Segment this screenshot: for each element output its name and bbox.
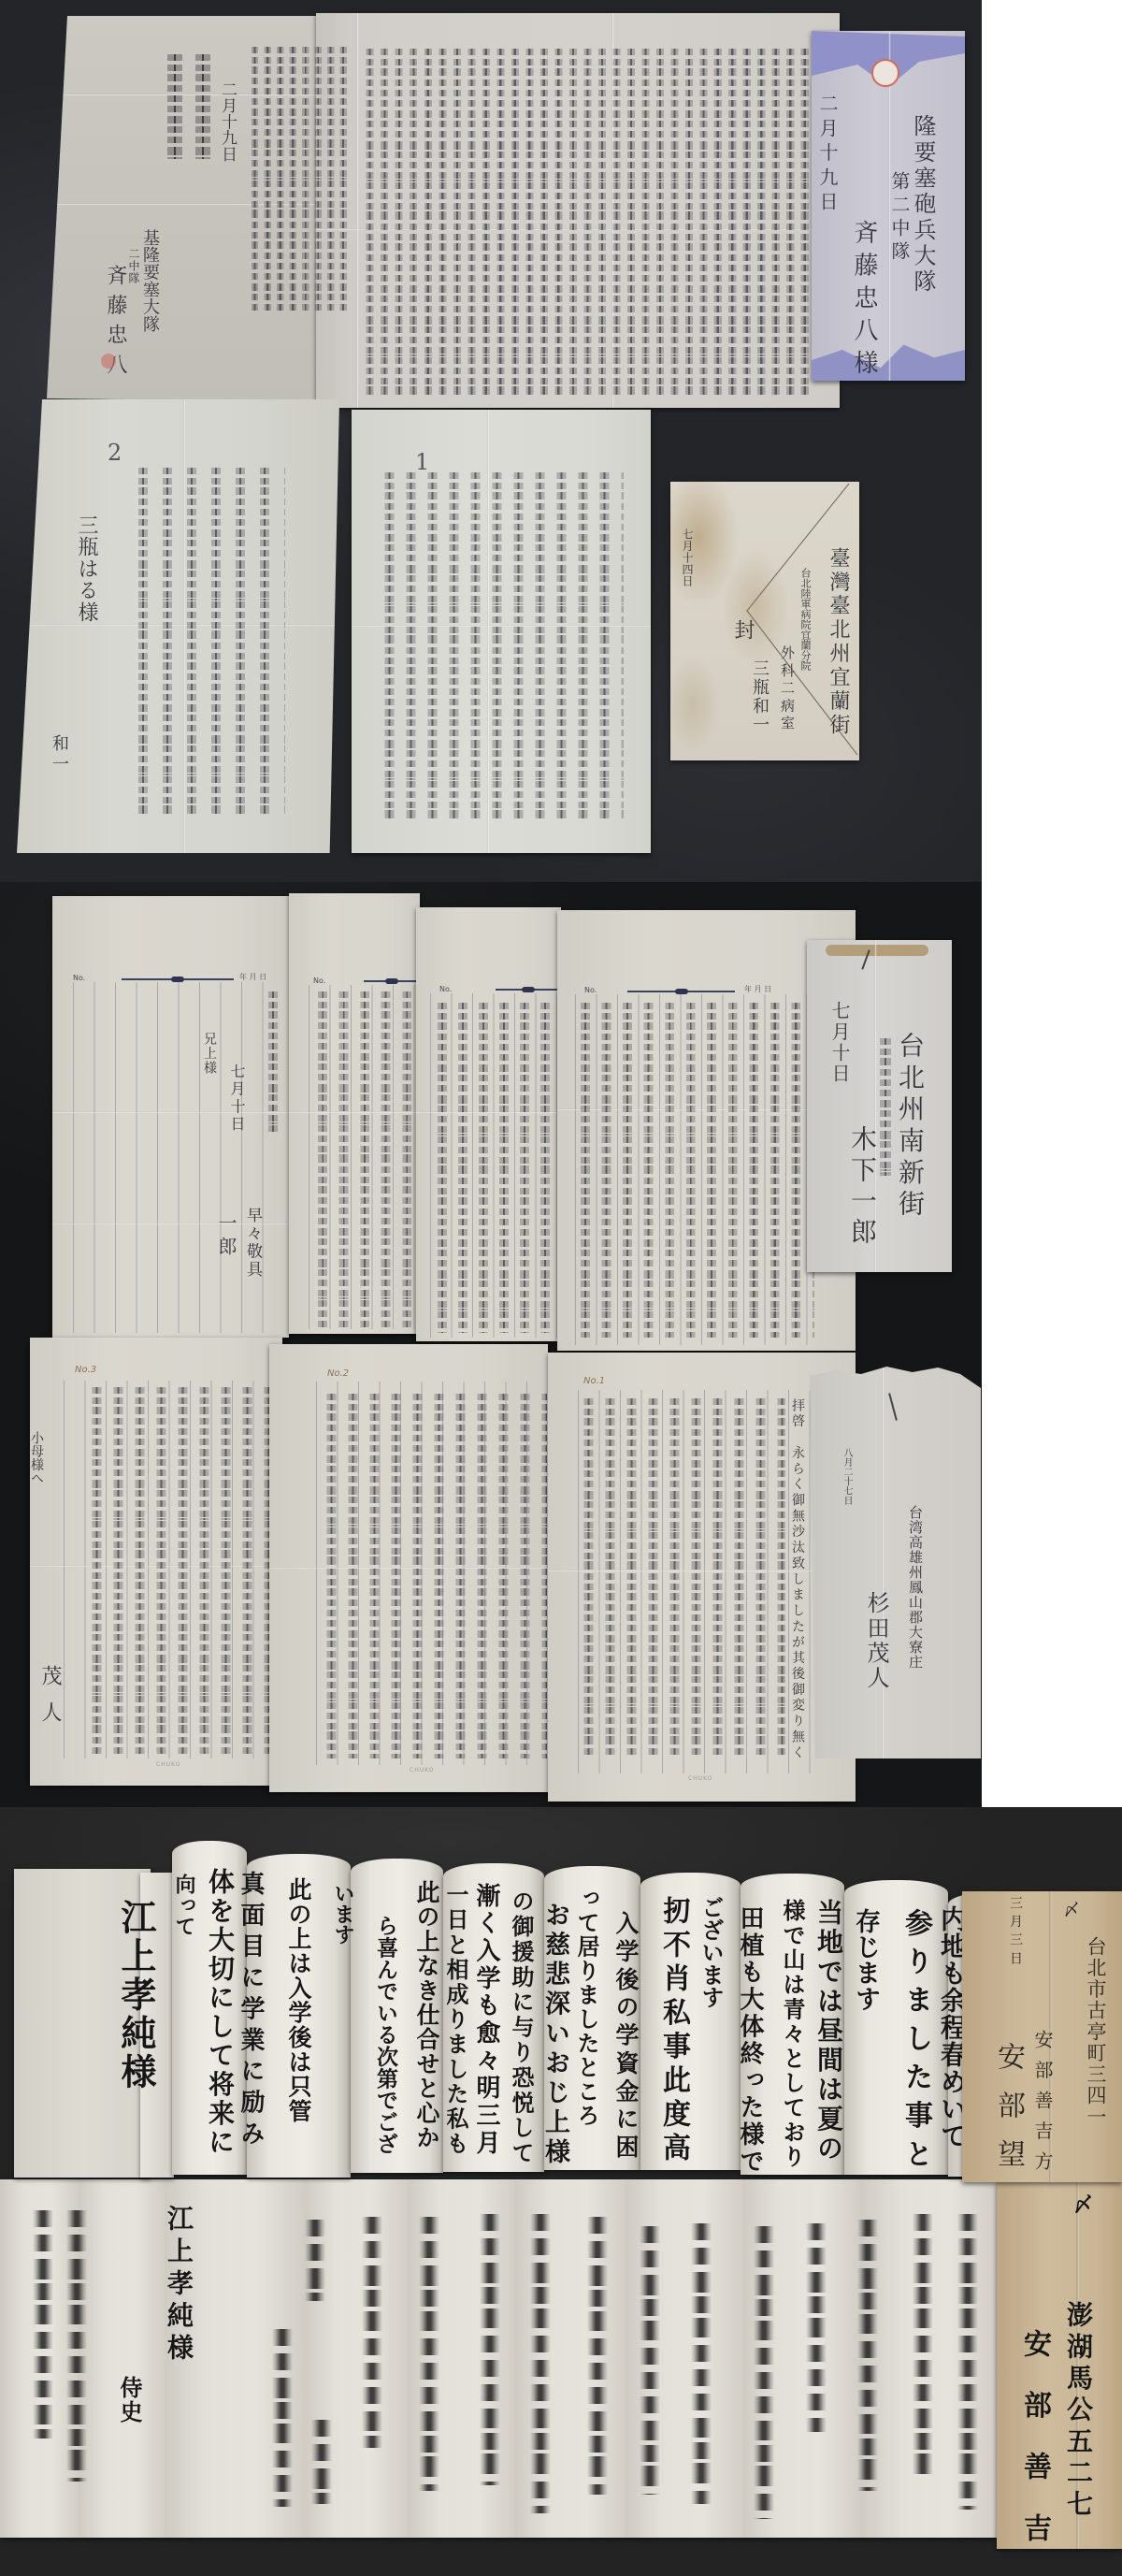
letter-a-sender-company: 二中隊 [128,248,139,283]
envelope-b-institution: 台北陸軍病院宜蘭分院 [800,568,811,671]
envelope-d-sender: 杉田茂人 [865,1591,887,1688]
scroll-top-recipient: 江上孝純様 [118,1899,153,2089]
handwritten-body-text [578,1398,785,1758]
handwritten-text [264,991,282,1132]
letter-a-sender-unit: 基隆要塞大隊 [141,229,158,332]
scroll-text-column: 扨不肖私事此度高 [659,1896,687,2161]
handwritten-body-text [432,1003,559,1333]
envelope-b-seal-mark: 封 [732,619,753,640]
letter-c-date: 七月十日 [229,1064,244,1131]
handwritten-body-text [321,1394,547,1758]
envelope-b-address: 臺灣臺北州宜蘭街 [827,547,848,734]
brush-text-column [587,2217,608,2495]
envelope-b-ward: 外科二病室 [780,645,794,730]
letter-b-recipient: 三瓶はる様 [76,514,96,622]
scroll-text-column: います [333,1883,353,1945]
photo-panel-top: 二月十九日 基隆要塞大隊 二中隊 斉藤忠八 隆要塞砲兵大隊 第二中隊 斉藤忠八様… [0,0,982,882]
scroll-text-column: 向って [174,1874,194,1936]
envelope-b-sender: 三瓶和一 [751,659,768,732]
brush-text-column [957,2214,978,2510]
envelope-d-address: 台湾高雄州鳳山郡大寮庄 [908,1505,922,1669]
envelope-c-sender: 木下一郎 [849,1125,875,1244]
photo-panel-middle: No. 年 月 日 兄上様 七月十日 早々敬具 一郎 No. No. No. 年… [0,882,982,1807]
brush-date-column [305,2220,325,2301]
envelope-e-mark: 〆 [1061,1901,1078,1918]
scroll-text-column: ら喜んでいる次第でござ [375,1915,396,2154]
envelope-f-sender: 安部善吉 [1020,2329,1048,2541]
envelope-a-company: 第二中隊 [890,171,909,260]
stationery-number-label: No. [584,987,597,994]
scroll-text-column: お慈悲深いおじ上様 [542,1902,568,2164]
scroll-text-column: 内地も余程春めいて [939,1905,965,2149]
scroll-panel [640,1873,741,2170]
scroll-bottom-salutation: 侍史 [118,2376,140,2423]
photo-panel-bottom: 侍史 江上孝純様 〆 澎湖馬公五二七 安部善吉 江上孝純様 向って 体を大切にし… [0,1807,1122,2576]
scroll-text-column: 体を大切にして将来に [207,1868,233,2154]
page-number: 2 [108,441,122,464]
brush-text-column [691,2223,712,2504]
scroll-text-column: 参りました事と [901,1908,929,2167]
brush-signature-column [272,2329,293,2507]
paper-watermark: CHUKO [410,1767,434,1773]
brush-text-column [857,2220,878,2491]
handwritten-body-text [86,1387,279,1757]
page-number: No.2 [327,1369,349,1379]
envelope-e-sender: 安部望 [994,2042,1022,2167]
scroll-text-column: 入学後の学資金に困 [614,1911,638,2158]
letter-d-recipient: 小母様へ [30,1431,43,1484]
scroll-text-column: 漸く入学も愈々明三月 [474,1883,498,2154]
handwritten-address-line-2 [878,1038,893,1176]
handwritten-body-text [575,1003,814,1338]
handwritten-addressee [161,54,217,159]
handwritten-body-text [363,49,815,397]
letter-b-signature: 和一 [50,734,67,772]
brush-text-column [480,2214,500,2485]
letter-a-date: 二月十九日 [219,81,235,162]
brush-text-column [806,2223,827,2432]
scroll-text-column: 此の上なき仕合せと心か [415,1880,439,2149]
header-ornament [364,980,420,982]
brush-text-column [362,2217,382,2448]
scroll-text-column: 様で山は青々としており [781,1899,803,2167]
ruled-lines [73,982,282,1333]
envelope-tape-strip [826,945,928,956]
paper-watermark: CHUKO [688,1775,712,1782]
envelope-c-date: 七月十日 [830,1001,849,1082]
envelope-a-unit: 隆要塞砲兵大隊 [912,114,934,292]
brush-text-column [311,2420,332,2504]
stationery-number-label: No. [439,986,452,993]
scroll-text-column: 当地では昼間は夏の [815,1899,841,2161]
scroll-text-column: 真面目に学業に励み [238,1871,263,2145]
header-ornament [122,978,234,980]
postmark-seal [871,59,899,87]
envelope-a-recipient: 斉藤忠八様 [852,220,876,374]
header-ornament [627,991,735,992]
letter-d-opening-line: 拝啓 永らく御無沙汰致しましたが其後御変り無く [791,1398,804,1758]
stationery-date-label: 年 月 日 [239,974,266,981]
paper-watermark: CHUKO [156,1761,180,1768]
envelope-f [997,2181,1122,2549]
envelope-d [810,1365,981,1758]
brush-text-column [419,2217,439,2491]
scroll-text-column: 田植も大体終った様で [738,1905,762,2173]
page-number: 1 [415,451,429,473]
envelope-b-date: 七月十四日 [682,528,693,586]
envelope-f-mark: 〆 [1072,2193,1092,2214]
scroll-bottom-recipient: 江上孝純様 [165,2205,192,2360]
scroll-text-column: 一日と相成りました私も [444,1883,467,2154]
handwritten-body-text [312,991,417,1328]
stationery-number-label: No. [73,975,85,982]
red-seal-stamp [101,354,116,369]
header-ornament [496,989,561,991]
stationery-number-label: No. [313,977,325,985]
envelope-seam [882,1365,885,1758]
scroll-text-column: ございます [699,1896,722,2008]
fold-line [52,1111,289,1114]
envelope-e-care-of: 安部善吉方 [1033,2030,1052,2170]
envelope-d-date: 八月二十七日 [841,1448,851,1505]
brush-text-column [913,2214,933,2482]
stationery-date-label: 年 月 日 [744,986,771,993]
brush-text-column [754,2226,774,2519]
letter-c-signature: 一郎 [217,1213,236,1255]
scroll-panel [79,2179,165,2538]
slash-mark [888,1393,898,1420]
letter-c-recipient: 兄上様 [203,1032,216,1074]
scroll-text-column: って居りましたところ [575,1887,597,2126]
letter-c-closing: 早々敬具 [244,1207,260,1277]
envelope-e-address: 台北市古亭町三四一 [1086,1936,1105,2126]
handwritten-body-text [131,468,285,814]
brush-text-column [33,2210,53,2439]
scroll-text-column: 此の上は入学後は只管 [287,1877,310,2122]
envelope-a-date: 二月十九日 [818,94,837,210]
scroll-text-column: 存じます [853,1908,878,2011]
brush-text-column [640,2226,660,2495]
fold-line [356,13,359,408]
envelope-e-date: 三月三日 [1009,1896,1022,1964]
handwritten-body-text [379,472,624,820]
letter-d-signature: 茂人 [39,1665,60,1722]
page-number: No.3 [75,1366,96,1375]
brush-text-column [530,2214,551,2513]
page-number: No.1 [583,1377,605,1386]
scroll-text-column: の御援助に与り恐悦して [510,1889,532,2164]
brush-text-column [66,2210,87,2482]
handwritten-postscript-text [249,47,350,313]
envelope-f-address: 澎湖馬公五二七 [1065,2301,1091,2516]
envelope-c-address: 台北州南新街 [897,1032,923,1216]
